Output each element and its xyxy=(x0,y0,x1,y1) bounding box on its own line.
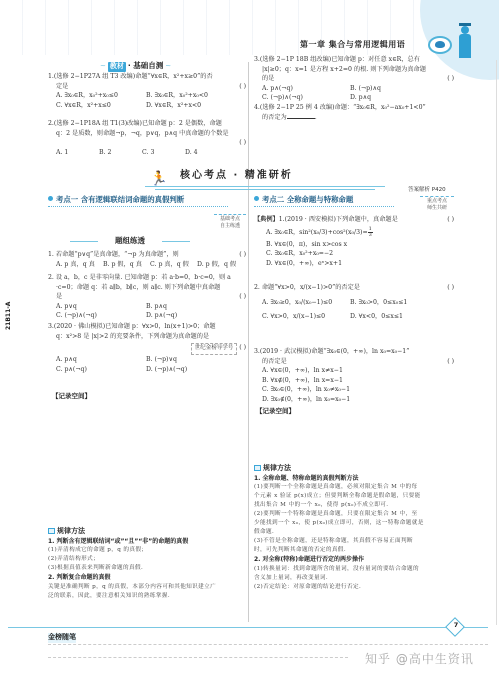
group-practice-title: 题组练透 xyxy=(70,236,190,246)
question-stem: 4.(选修 2−1P 25 例 4 改编)命题：“∃x₀∈R，x₀²−ax₀+1… xyxy=(254,103,454,113)
core-banner: 🏃 核心考点 · 精准研析 xyxy=(120,171,380,189)
method-line: (1)要判断一个全称命题是真命题，必须对限定集合 M 中的每 xyxy=(254,483,454,492)
answer-paren: ( ) xyxy=(447,357,454,367)
method-heading: 规律方法 xyxy=(48,527,246,537)
method-line: (1)转换量词：找到命题所含的量词，没有量词的要结合命题的 xyxy=(254,565,454,574)
bullet-dot-icon xyxy=(254,196,259,201)
method-line: 含义加上量词，再改变量词. xyxy=(254,574,454,583)
decoration-dash-icon: ~ xyxy=(100,62,106,70)
record-space-label: 【记录空间】 xyxy=(52,392,91,402)
option-c: C. ∃x₀∈R，x₀²+x₀=−2 xyxy=(254,249,454,259)
method-line: (2)否定结论：对原命题的结论进行否定. xyxy=(254,583,454,592)
option-a: A. ∃x₀≥0，x₀/(x₀−1)≤0 xyxy=(262,298,350,308)
option-a: A. ∃x₀∈R，sin²(x₀/3)+cos²(x₀/3)= xyxy=(266,229,368,236)
bullet-dot-icon xyxy=(48,196,53,201)
kaodian2-title: 考点二 全称命题与特称命题 xyxy=(254,195,394,207)
method-line: 关键是准确判断 p，q 的真假，本部分内容可和其他知识建立广 xyxy=(48,583,246,592)
option-c: C. ∀x>0，x/(x−1)≤0 xyxy=(262,312,350,322)
notes-line[interactable] xyxy=(48,657,348,658)
method-subtitle: 1. 判断含有逻辑联结词“或”“且”“非”的命题的真假 xyxy=(48,537,246,547)
option-b: B. (¬p)∨q xyxy=(146,355,177,365)
page-number: 7 xyxy=(450,621,462,631)
question-stem: 1.(选修 2−1P27A 组 T3 改编)命题“∀x∈R，x²+x≥0”的否 xyxy=(48,72,246,82)
k2-example1: 【典例】1.(2019 · 西安模拟)下列命题中，真命题是( ) A. ∃x₀∈… xyxy=(254,215,454,268)
method-line: 假命题. xyxy=(254,528,454,537)
section-badge: 教材 xyxy=(108,62,126,72)
method-title: 规律方法 xyxy=(263,464,291,472)
answer-paren: ( ) xyxy=(239,138,246,148)
kaodian1-title: 考点一 含有逻辑联结词命题的真假判断 xyxy=(48,195,228,207)
answer-reference: 答案解析 P420 xyxy=(408,186,446,196)
option-d: D. ∀x<0，0≤x≤1 xyxy=(350,312,403,322)
option-b: B. ∀x∉(0，+∞)，ln x=x−1 xyxy=(254,376,454,386)
method-line: 找出集合 M 中的一个 x₀，使得 p(x₀)不成立即可. xyxy=(254,501,454,510)
option-b: B. ∃x₀>0，0≤x₀≤1 xyxy=(350,298,407,308)
method-line: (2)弄清结构形式； xyxy=(48,555,246,564)
question-stem: q：2 是质数，则命题¬p，¬q，p∨q，p∧q 中真命题的个数是 xyxy=(48,129,246,139)
option-d: D. p∧q xyxy=(350,93,371,103)
question-stem: 3.(2020 · 佛山模拟)已知命题 p：∀x>0，ln(x+1)>0；命题 xyxy=(48,322,246,332)
fraction-denominator: 3 xyxy=(368,233,373,238)
chapter-title: 第一章 集合与常用逻辑用语 xyxy=(300,40,405,50)
notebook-icon xyxy=(48,528,55,534)
basic-q1: 1.(选修 2−1P27A 组 T3 改编)命题“∀x∈R，x²+x≥0”的否 … xyxy=(48,72,246,110)
method-title: 规律方法 xyxy=(57,527,85,535)
notes-label: 金榜随笔 xyxy=(48,633,76,643)
answer-paren: ( ) xyxy=(447,74,454,84)
method-line: 泛的联系，因此，要注意相关知识的熟练掌握. xyxy=(48,592,246,601)
brand-logo-icon xyxy=(428,36,452,54)
k1-q3: 3.(2020 · 佛山模拟)已知命题 p：∀x>0，ln(x+1)>0；命题 … xyxy=(48,322,246,374)
option-b: B. p 假，q 真 xyxy=(103,260,150,270)
option-c: C. p 真，q 假 xyxy=(150,260,197,270)
question-stem: 的否定为 xyxy=(262,114,287,121)
method-line: (1)弄清构成它的命题 p，q 的真假； xyxy=(48,546,246,555)
option-c: C. 3 xyxy=(142,148,185,158)
fraction: 13 xyxy=(368,227,373,238)
kaodian2-title-text: 考点二 全称命题与特称命题 xyxy=(262,195,353,204)
graduate-figure-icon xyxy=(458,26,472,58)
side-code: 21B11-A xyxy=(4,302,14,330)
k1-method-box: 规律方法 1. 判断含有逻辑联结词“或”“且”“非”的命题的真假 (1)弄清构成… xyxy=(48,527,246,601)
option-d: D. p∧(¬q) xyxy=(146,311,177,321)
option-a: A. ∀x∈(0，+∞)，ln x≠x−1 xyxy=(254,366,454,376)
question-stem: 2. 设 a，b，c 是非零向量. 已知命题 p：若 a·b=0，b·c=0，则… xyxy=(48,273,246,283)
question-stem: 的是 xyxy=(262,75,274,82)
question-stem: 2. 命题“∀x>0，x/(x−1)>0”的否定是 xyxy=(254,284,360,291)
tag-line: 师生共研 xyxy=(420,205,454,212)
question-stem: ·c=0；命题 q：若 a∥b，b∥c，则 a∥c. 则下列命题中真命题 xyxy=(48,283,246,293)
option-c: C. p∧(¬q) xyxy=(56,365,146,375)
answer-paren: ( ) xyxy=(447,283,454,293)
option-d: D. ∃x₀∉(0，+∞)，ln x₀=x₀−1 xyxy=(254,395,454,405)
option-a: A. p∨q xyxy=(56,302,146,312)
stamp-label: 世纪金榜导学号 xyxy=(191,343,238,355)
option-b: B. 2 xyxy=(99,148,142,158)
question-stem: 3.(选修 2−1P 18B 组改编)已知命题 p：对任意 x∈R，总有 xyxy=(254,55,454,65)
question-stem: q：x²>8 是 |x|>2 的充要条件，下列命题为真命题的是 xyxy=(48,332,246,342)
question-stem: 定是 xyxy=(56,83,68,90)
question-stem: 的否定是 xyxy=(262,358,287,365)
method-subtitle: 2. 判断复合命题的真假 xyxy=(48,573,246,583)
kaodian1-title-text: 考点一 含有逻辑联结词命题的真假判断 xyxy=(56,195,184,204)
method-line: 少能找到一个 x₀，使 p(x₀)成立即可，否则，这一特称命题就是 xyxy=(254,519,454,528)
tag-line: 自主练透 xyxy=(214,223,246,230)
banner-underline xyxy=(155,189,375,190)
answer-paren-wrap: 世纪金榜导学号 ( ) xyxy=(191,343,246,355)
answer-paren: ( ) xyxy=(239,344,246,351)
option-c: C. (¬p)∧(¬q) xyxy=(262,93,350,103)
punctuation: . xyxy=(315,114,317,121)
basic-q2: 2.(选修 2−1P18A 组 T1(3)改编)已知命题 p：2 是偶数，命题 … xyxy=(48,119,246,157)
option-b: B. ∀x∈(0，π)，sin x>cos x xyxy=(254,240,454,250)
option-c: C. ∃x₀∈(0，+∞)，ln x₀≠x₀−1 xyxy=(254,385,454,395)
option-b: B. ∃x₀∈R，x₀²+x₀<0 xyxy=(146,91,208,101)
watermark: 知乎 @高中生资讯 xyxy=(365,655,474,665)
question-stem: 2.(选修 2−1P18A 组 T1(3)改编)已知命题 p：2 是偶数，命题 xyxy=(48,119,246,129)
option-d: D. ∀x∈R，x²+x<0 xyxy=(146,101,201,111)
option-a: A. 1 xyxy=(56,148,99,158)
option-b: B. p∧q xyxy=(146,302,167,312)
option-a: A. ∃x₀∈R，x₀²+x₀≤0 xyxy=(56,91,146,101)
example-label: 【典例】 xyxy=(254,216,279,223)
k2-example2: 2. 命题“∀x>0，x/(x−1)>0”的否定是( ) A. ∃x₀≥0，x₀… xyxy=(254,283,454,322)
question-stem: |x|≥0；q：x=1 是方程 x+2=0 的根. 则下列命题为真命题 xyxy=(254,65,454,75)
k2-example3: 3.(2019 · 武汉模拟)命题“∃x₀∈(0，+∞)，ln x₀=x₀−1”… xyxy=(254,347,454,405)
option-b: B. (¬p)∧q xyxy=(350,84,381,94)
method-line: 个元素 x 验证 p(x)成立；但要判断全称命题是假命题，只要能 xyxy=(254,492,454,501)
section-badge-title: · 基础自测 xyxy=(128,61,163,70)
option-a: A. p 真，q 真 xyxy=(56,260,103,270)
method-line: 时，可先判断其命题的否定的真假. xyxy=(254,546,454,555)
option-d: D. ∀x∈(0，+∞)，eˣ>x+1 xyxy=(254,259,454,269)
k1-q2: 2. 设 a，b，c 是非零向量. 已知命题 p：若 a·b=0，b·c=0，则… xyxy=(48,273,246,321)
method-subtitle: 1. 全称命题、特称命题的真假判断方法 xyxy=(254,474,454,484)
k1-q1: 1. 若命题“p∨q”是真命题，“¬p 为真命题”，则( ) A. p 真，q … xyxy=(48,250,246,269)
option-a: A. p∧(¬q) xyxy=(262,84,350,94)
runner-icon: 🏃 xyxy=(150,171,170,187)
basic-q3: 3.(选修 2−1P 18B 组改编)已知命题 p：对任意 x∈R，总有 |x|… xyxy=(254,55,454,122)
method-line: (2)要判断一个特称命题是真命题，只要在限定集合 M 中，至 xyxy=(254,510,454,519)
notebook-icon xyxy=(254,465,261,471)
answer-blank[interactable] xyxy=(287,118,315,119)
footer-rule xyxy=(8,627,488,628)
answer-paren: ( ) xyxy=(239,82,246,92)
question-stem: 1.(2019 · 西安模拟)下列命题中，真命题是 xyxy=(279,216,398,223)
column-divider xyxy=(248,62,249,622)
option-d: D. p 假，q 假 xyxy=(197,260,236,270)
k2-method-box: 规律方法 1. 全称命题、特称命题的真假判断方法 (1)要判断一个全称命题是真命… xyxy=(254,464,454,592)
method-line: (3)根据真值表来判断新命题的真假. xyxy=(48,564,246,573)
option-c: C. (¬p)∧(¬q) xyxy=(56,311,146,321)
option-d: D. 4 xyxy=(185,148,198,158)
question-stem: 3.(2019 · 武汉模拟)命题“∃x₀∈(0，+∞)，ln x₀=x₀−1” xyxy=(254,347,454,357)
banner-title: 核心考点 · 精准研析 xyxy=(180,171,293,181)
method-subtitle: 2. 对全称(特称)命题进行否定的两步操作 xyxy=(254,555,454,565)
question-stem: 是 xyxy=(56,293,62,300)
option-c: C. ∀x∈R，x²+x≤0 xyxy=(56,101,146,111)
banner-underline xyxy=(145,186,385,187)
section-heading-basic-test: ~ 教材 · 基础自测 ~ xyxy=(100,61,171,72)
answer-paren: ( ) xyxy=(239,292,246,302)
notes-line[interactable] xyxy=(48,644,488,645)
decoration-dash-icon: ~ xyxy=(165,62,171,70)
kaodian1-tag: 基础考点自主练透 xyxy=(214,214,246,229)
question-stem: 1. 若命题“p∨q”是真命题，“¬p 为真命题”，则 xyxy=(48,251,179,258)
kaodian2-tag: 重点考点师生共研 xyxy=(420,196,454,211)
option-a: A. p∧q xyxy=(56,355,146,365)
option-d: D. (¬p)∧(¬q) xyxy=(146,365,187,375)
method-line: (3)不管是全称命题，还是特称命题，其真假不容易正面判断 xyxy=(254,537,454,546)
method-heading: 规律方法 xyxy=(254,464,454,474)
record-space-label: 【记录空间】 xyxy=(256,407,295,417)
answer-paren: ( ) xyxy=(239,250,246,260)
answer-paren: ( ) xyxy=(447,215,454,225)
right-border xyxy=(496,60,497,625)
